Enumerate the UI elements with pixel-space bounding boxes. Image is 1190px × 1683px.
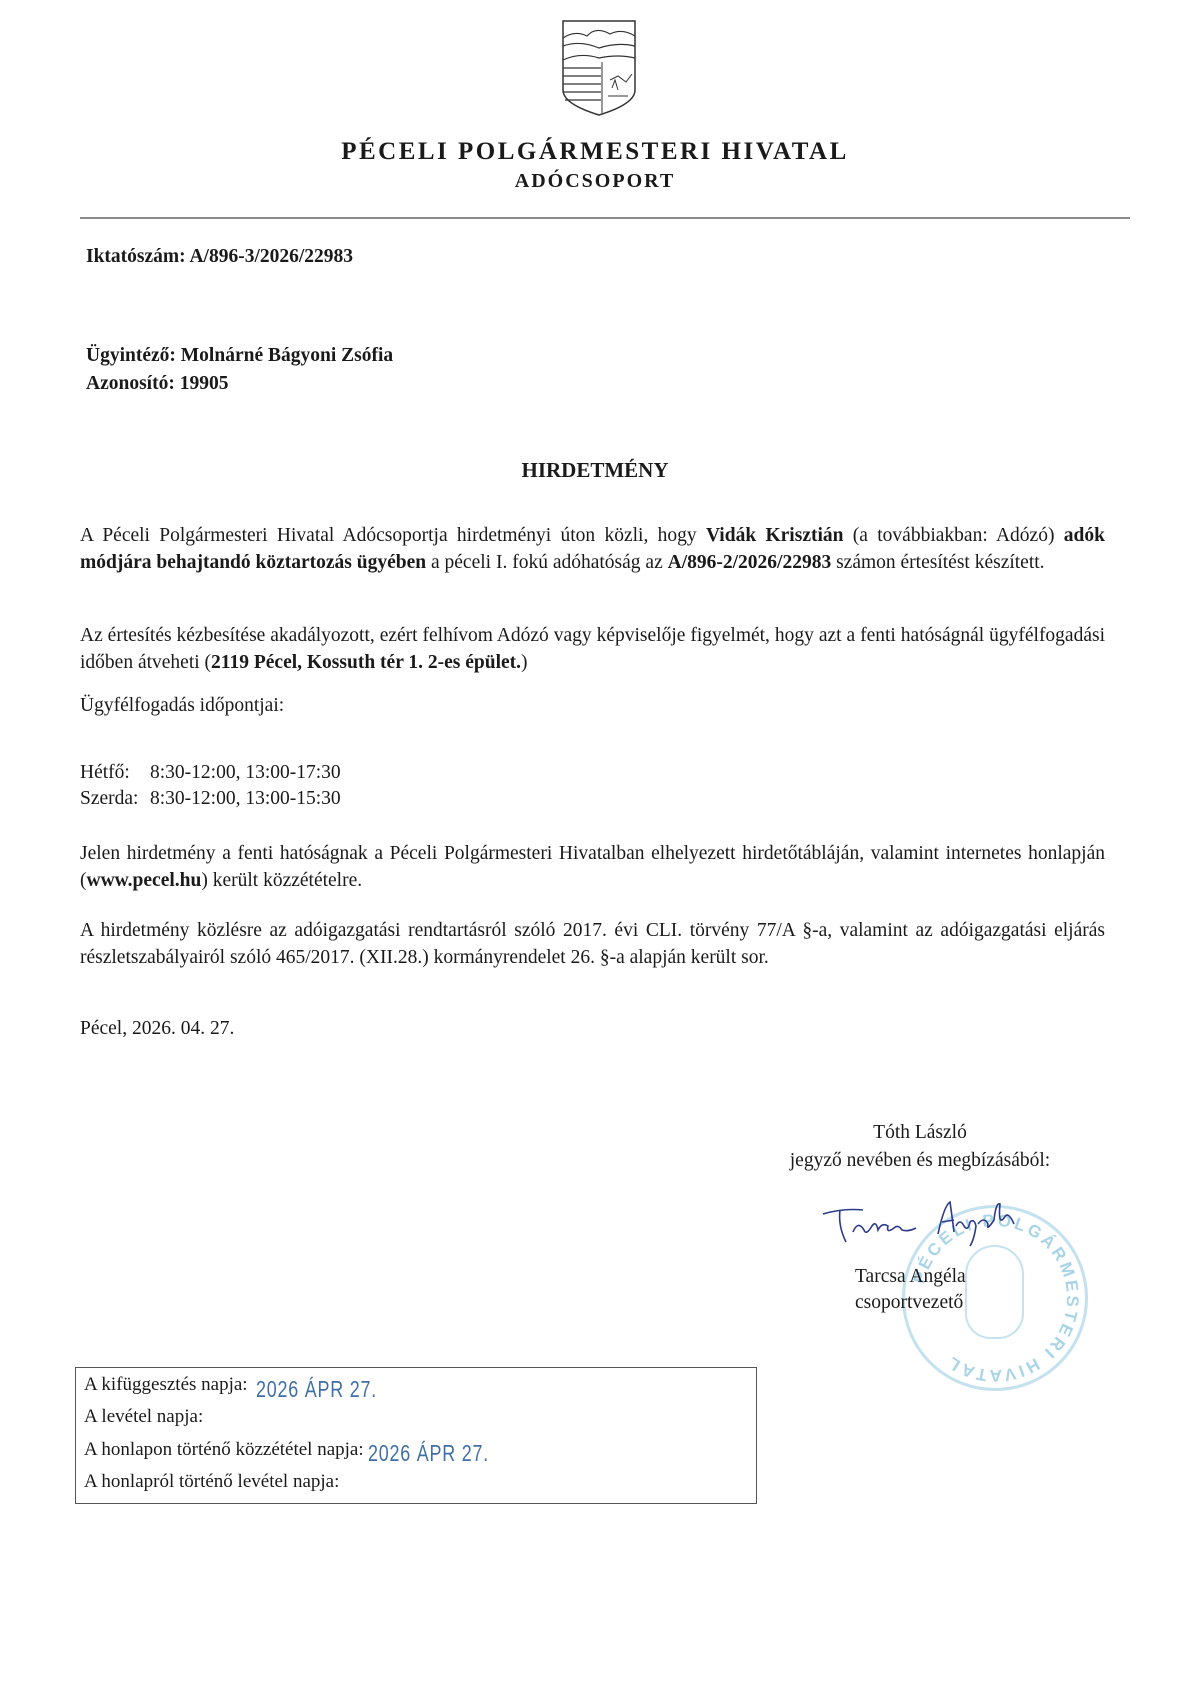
date-stamp: 2026 ÁPR 27. — [368, 1440, 489, 1467]
on-behalf-text: jegyző nevében és megbízásából: — [745, 1150, 1095, 1172]
posting-row: A honlapról történő levétel napja: — [84, 1471, 339, 1493]
signer-name: Tarcsa Angéla — [855, 1266, 966, 1288]
hours-day: Szerda: — [80, 788, 150, 810]
officer-id: Azonosító: 19905 — [86, 373, 228, 395]
posting-row: A levétel napja: — [84, 1406, 203, 1428]
taxpayer-name: Vidák Krisztián — [706, 525, 844, 546]
website-link[interactable]: www.pecel.hu — [87, 870, 202, 891]
case-officer: Ügyintéző: Molnárné Bágyoni Zsófia — [86, 345, 393, 367]
header-divider — [80, 217, 1130, 219]
municipal-coat-of-arms-icon — [560, 18, 638, 118]
posting-row: A honlapon történő közzététel napja: — [84, 1439, 364, 1461]
reference-label: Iktatószám: — [86, 246, 186, 267]
p2-text: ) — [521, 652, 528, 673]
id-value: 19905 — [180, 373, 229, 394]
place-and-date: Pécel, 2026. 04. 27. — [80, 1018, 234, 1040]
department-name: ADÓCSOPORT — [0, 170, 1190, 193]
officer-value: Molnárné Bágyoni Zsófia — [181, 345, 393, 366]
handwritten-signature — [818, 1196, 1048, 1251]
notice-paragraph-1: A Péceli Polgármesteri Hivatal Adócsopor… — [80, 522, 1105, 576]
officer-label: Ügyintéző: — [86, 345, 176, 366]
office-address: 2119 Pécel, Kossuth tér 1. 2-es épület. — [211, 652, 521, 673]
posting-dates-box: A kifüggesztés napja: 2026 ÁPR 27. A lev… — [75, 1367, 757, 1504]
notice-paragraph-3: Jelen hirdetmény a fenti hatóságnak a Pé… — [80, 840, 1105, 894]
hours-row: Szerda:8:30-12:00, 13:00-15:30 — [80, 788, 341, 810]
posting-row-label: A honlapról történő levétel napja: — [84, 1471, 339, 1492]
reference-value: A/896-3/2026/22983 — [189, 246, 353, 267]
reference-number: Iktatószám: A/896-3/2026/22983 — [86, 246, 353, 268]
p1-text: számon értesítést készített. — [831, 552, 1044, 573]
notice-paragraph-4: A hirdetmény közlésre az adóigazgatási r… — [80, 917, 1105, 971]
p1-text: A Péceli Polgármesteri Hivatal Adócsopor… — [80, 525, 706, 546]
principal-name: Tóth László — [760, 1122, 1080, 1144]
p1-text: (a továbbiakban: Adózó) — [843, 525, 1063, 546]
p1-text: a péceli I. fokú adóhatóság az — [426, 552, 667, 573]
hours-row: Hétfő:8:30-12:00, 13:00-17:30 — [80, 762, 341, 784]
document-title: HIRDETMÉNY — [0, 458, 1190, 483]
p3-text: ) került közzétételre. — [201, 870, 362, 891]
organization-name: PÉCELI POLGÁRMESTERI HIVATAL — [0, 138, 1190, 166]
posting-row-label: A levétel napja: — [84, 1406, 203, 1427]
hours-times: 8:30-12:00, 13:00-15:30 — [150, 788, 341, 809]
hours-day: Hétfő: — [80, 762, 150, 784]
hours-heading: Ügyfélfogadás időpontjai: — [80, 695, 284, 717]
notice-paragraph-2: Az értesítés kézbesítése akadályozott, e… — [80, 622, 1105, 676]
posting-row: A kifüggesztés napja: — [84, 1374, 248, 1396]
date-stamp: 2026 ÁPR 27. — [256, 1376, 377, 1403]
notice-reference: A/896-2/2026/22983 — [668, 552, 832, 573]
posting-row-label: A honlapon történő közzététel napja: — [84, 1439, 364, 1460]
posting-row-label: A kifüggesztés napja: — [84, 1374, 248, 1395]
signer-title: csoportvezető — [855, 1292, 963, 1314]
id-label: Azonosító: — [86, 373, 175, 394]
hours-times: 8:30-12:00, 13:00-17:30 — [150, 762, 341, 783]
